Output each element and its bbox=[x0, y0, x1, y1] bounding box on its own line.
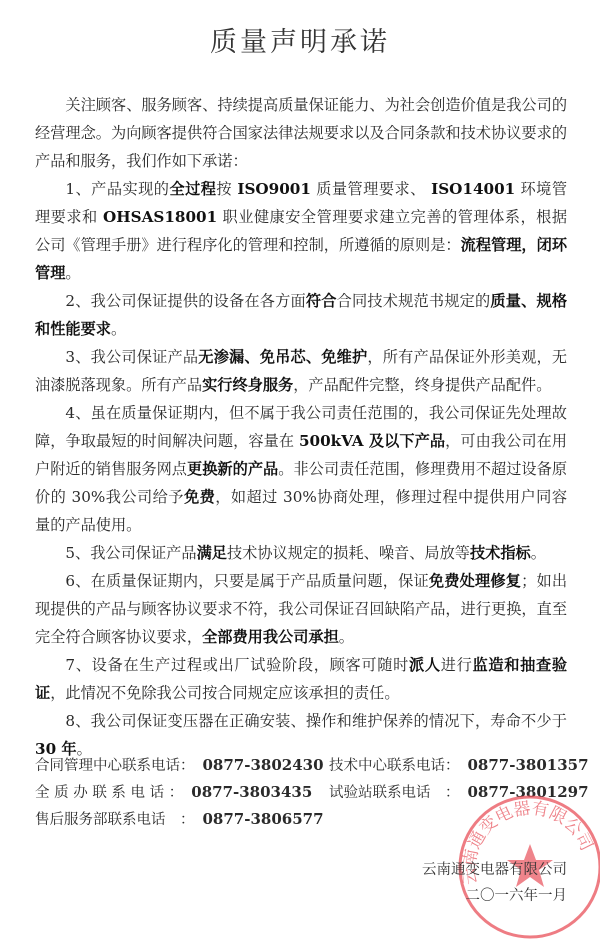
contact-phone: 0877-3803435 bbox=[191, 783, 312, 801]
contact-label: 合同管理中心联系电话： bbox=[35, 758, 195, 774]
commitment-body: 关注顾客、服务顾客、持续提高质量保证能力、为社会创造价值是我公司的经营理念。为向… bbox=[35, 91, 567, 763]
document-page: 质量声明承诺 关注顾客、服务顾客、持续提高质量保证能力、为社会创造价值是我公司的… bbox=[0, 0, 600, 949]
contact-label: 试验站联系电话 ： bbox=[329, 785, 460, 801]
contact-phone: 0877-3801297 bbox=[468, 783, 589, 801]
contact-quality-office: 全 质 办 联 系 电 话 ：0877-3803435 bbox=[35, 781, 312, 802]
contact-contract-center: 合同管理中心联系电话：0877-3802430 bbox=[35, 754, 324, 775]
contact-label: 全 质 办 联 系 电 话 ： bbox=[35, 785, 183, 801]
commitment-item-5: 5、我公司保证产品满足技术协议规定的损耗、噪音、局放等技术指标。 bbox=[35, 539, 567, 567]
contact-phone: 0877-3802430 bbox=[203, 756, 324, 774]
contact-phone: 0877-3806577 bbox=[203, 810, 324, 828]
commitment-item-4: 4、虽在质量保证期内，但不属于我公司责任范围的，我公司保证先处理故障，争取最短的… bbox=[35, 399, 567, 539]
signature-company: 云南通变电器有限公司 bbox=[422, 858, 567, 879]
contact-tech-center: 技术中心联系电话：0877-3801357 bbox=[329, 754, 589, 775]
commitment-item-7: 7、设备在生产过程或出厂试验阶段，顾客可随时派人进行监造和抽查验证，此情况不免除… bbox=[35, 651, 567, 707]
commitment-item-2: 2、我公司保证提供的设备在各方面符合合同技术规范书规定的质量、规格和性能要求。 bbox=[35, 287, 567, 343]
commitment-item-1: 1、产品实现的全过程按 ISO9001 质量管理要求、 ISO14001 环境管… bbox=[35, 175, 567, 287]
document-title: 质量声明承诺 bbox=[0, 20, 600, 59]
signature-date: 二〇一六年一月 bbox=[466, 884, 568, 905]
contact-test-station: 试验站联系电话 ：0877-3801297 bbox=[329, 781, 589, 802]
commitment-item-6: 6、在质量保证期内，只要是属于产品质量问题，保证免费处理修复；如出现提供的产品与… bbox=[35, 567, 567, 651]
contact-label: 技术中心联系电话： bbox=[329, 758, 460, 774]
contact-label: 售后服务部联系电话 ： bbox=[35, 812, 195, 828]
commitment-item-3: 3、我公司保证产品无渗漏、免吊芯、免维护，所有产品保证外形美观，无油漆脱落现象。… bbox=[35, 343, 567, 399]
intro-paragraph: 关注顾客、服务顾客、持续提高质量保证能力、为社会创造价值是我公司的经营理念。为向… bbox=[35, 91, 567, 175]
contact-phone: 0877-3801357 bbox=[468, 756, 589, 774]
contact-after-sales: 售后服务部联系电话 ：0877-3806577 bbox=[35, 808, 324, 829]
